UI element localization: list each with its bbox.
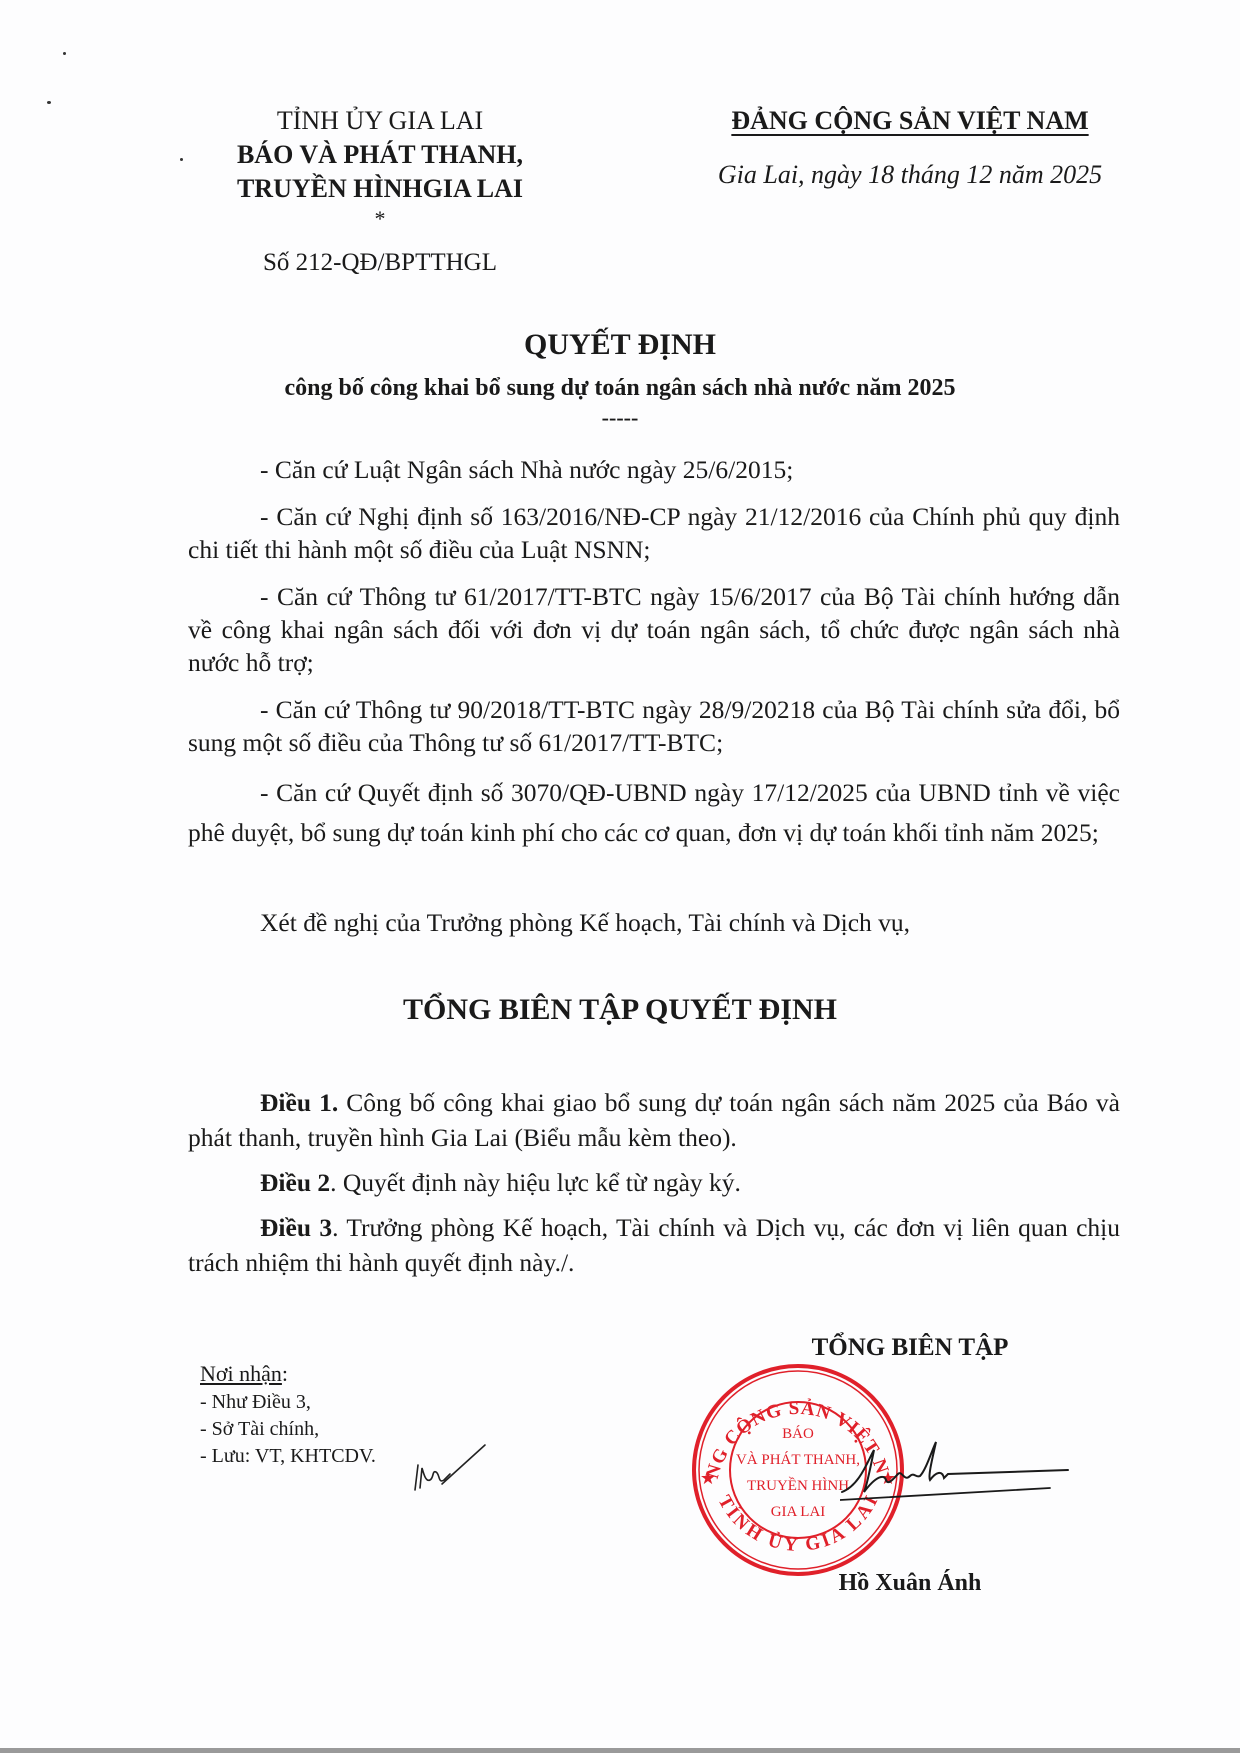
authority-name-line2: TRUYỀN HÌNHGIA LAI bbox=[190, 172, 570, 206]
article-1: Điều 1. Công bố công khai giao bổ sung d… bbox=[188, 1085, 1120, 1155]
recipients-colon: : bbox=[282, 1361, 288, 1386]
national-header: ĐẢNG CỘNG SẢN VIỆT NAM Gia Lai, ngày 18 … bbox=[660, 104, 1160, 192]
signer-title: TỔNG BIÊN TẬP bbox=[760, 1334, 1060, 1362]
document-title: QUYẾT ĐỊNH bbox=[190, 328, 1050, 362]
proposal-line: Xét đề nghị của Trưởng phòng Kế hoạch, T… bbox=[188, 906, 1120, 939]
scan-speck bbox=[180, 158, 183, 161]
scan-speck bbox=[47, 101, 51, 104]
scan-bottom-edge bbox=[0, 1748, 1240, 1753]
issuing-authority: TỈNH ỦY GIA LAI BÁO VÀ PHÁT THANH, TRUYỀ… bbox=[190, 104, 570, 280]
title-separator: ----- bbox=[190, 405, 1050, 431]
decree-heading: TỔNG BIÊN TẬP QUYẾT ĐỊNH bbox=[190, 993, 1050, 1027]
preamble-item: - Căn cứ Nghị định số 163/2016/NĐ-CP ngà… bbox=[188, 500, 1120, 566]
recipient-item: - Sở Tài chính, bbox=[200, 1416, 376, 1443]
svg-text:GIA LAI: GIA LAI bbox=[771, 1504, 826, 1520]
recipients-label: Nơi nhận bbox=[200, 1361, 282, 1386]
recipient-item: - Như Điều 3, bbox=[200, 1389, 376, 1416]
recipients-block: Nơi nhận: - Như Điều 3, - Sở Tài chính, … bbox=[200, 1360, 376, 1470]
svg-text:BÁO: BÁO bbox=[782, 1425, 814, 1442]
svg-text:★: ★ bbox=[700, 1468, 716, 1488]
initials-mark-icon bbox=[410, 1440, 490, 1500]
preamble-item: - Căn cứ Quyết định số 3070/QĐ-UBND ngày… bbox=[188, 773, 1120, 853]
recipient-item: - Lưu: VT, KHTCDV. bbox=[200, 1443, 376, 1470]
document-subtitle: công bố công khai bổ sung dự toán ngân s… bbox=[190, 375, 1050, 402]
preamble-item: - Căn cứ Thông tư 61/2017/TT-BTC ngày 15… bbox=[188, 580, 1120, 679]
svg-text:TRUYỀN HÌNH: TRUYỀN HÌNH bbox=[747, 1477, 849, 1494]
document-number: Số 212-QĐ/BPTTHGL bbox=[190, 246, 570, 280]
preamble-item: - Căn cứ Thông tư 90/2018/TT-BTC ngày 28… bbox=[188, 693, 1120, 759]
handwritten-signature-icon bbox=[840, 1430, 1070, 1520]
party-name: ĐẢNG CỘNG SẢN VIỆT NAM bbox=[660, 104, 1160, 138]
article-label: Điều 2 bbox=[260, 1168, 330, 1197]
article-label: Điều 3 bbox=[260, 1213, 332, 1242]
authority-name-line1: BÁO VÀ PHÁT THANH, bbox=[190, 138, 570, 172]
article-3: Điều 3. Trưởng phòng Kế hoạch, Tài chính… bbox=[188, 1210, 1120, 1280]
article-2: Điều 2. Quyết định này hiệu lực kể từ ng… bbox=[188, 1165, 1120, 1200]
article-text: . Quyết định này hiệu lực kể từ ngày ký. bbox=[330, 1168, 741, 1197]
article-label: Điều 1. bbox=[260, 1088, 338, 1117]
scan-speck bbox=[63, 52, 66, 55]
authority-parent: TỈNH ỦY GIA LAI bbox=[190, 104, 570, 138]
place-date: Gia Lai, ngày 18 tháng 12 năm 2025 bbox=[660, 158, 1160, 192]
star-separator: * bbox=[190, 206, 570, 232]
preamble-item: - Căn cứ Luật Ngân sách Nhà nước ngày 25… bbox=[188, 453, 1120, 486]
signer-name: Hồ Xuân Ánh bbox=[760, 1570, 1060, 1597]
